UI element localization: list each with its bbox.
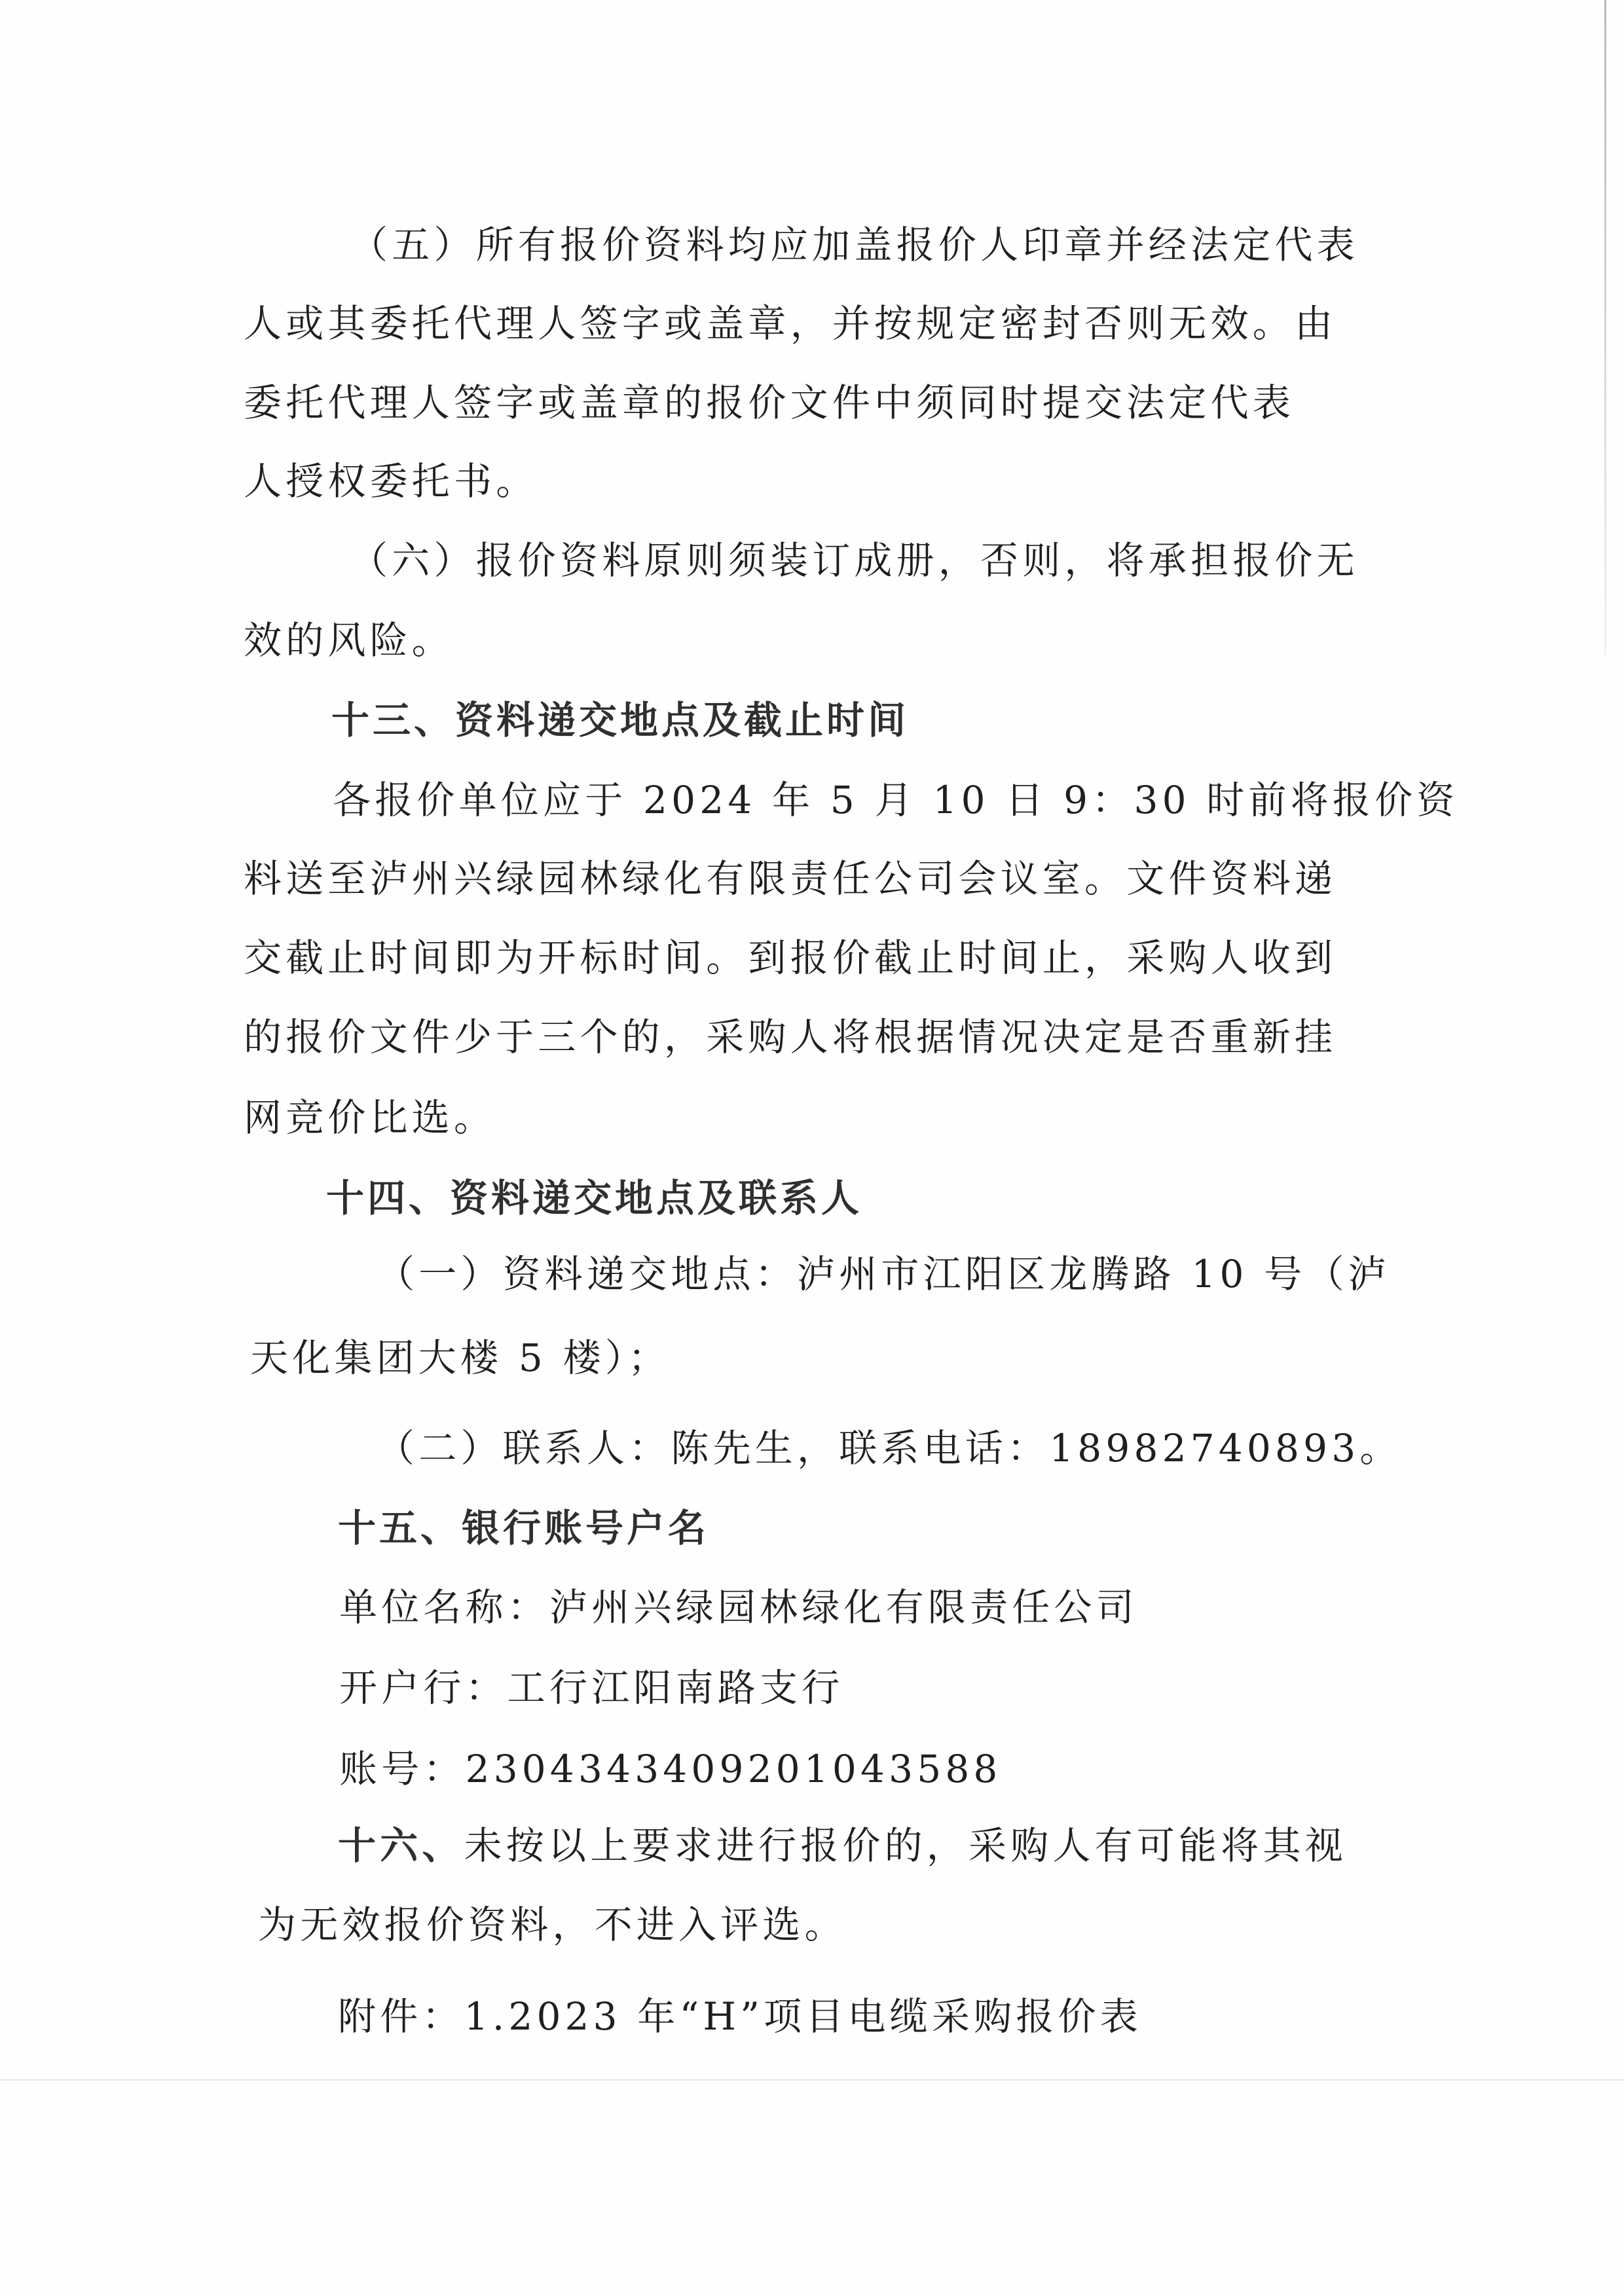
scan-artifact-horizontal-line <box>0 2079 1624 2081</box>
scan-artifact-vertical-line <box>1604 0 1606 655</box>
paragraph-item-6-line-1: （六）报价资料原则须装订成册，否则，将承担报价无 <box>350 534 1359 587</box>
scanned-document-page: （五）所有报价资料均应加盖报价人印章并经法定代表 人或其委托代理人签字或盖章，并… <box>0 0 1624 2296</box>
bank-account-number-line: 账号：2304343409201043588 <box>339 1743 1002 1795</box>
bank-account-name-line: 单位名称：泸州兴绿园林绿化有限责任公司 <box>339 1581 1138 1633</box>
section-13-heading: 十三、资料递交地点及截止时间 <box>331 694 909 746</box>
section-13-line-2: 料送至泸州兴绿园林绿化有限责任公司会议室。文件资料递 <box>244 852 1337 905</box>
paragraph-item-5-line-4: 人授权委托书。 <box>244 455 538 507</box>
section-13-line-1: 各报价单位应于 2024 年 5 月 10 日 9：30 时前将报价资 <box>333 774 1459 826</box>
section-16-line-1: 十六、未按以上要求进行报价的，采购人有可能将其视 <box>338 1819 1347 1872</box>
paragraph-item-5-line-3: 委托代理人签字或盖章的报价文件中须同时提交法定代表 <box>244 376 1295 429</box>
paragraph-item-5-line-1: （五）所有报价资料均应加盖报价人印章并经法定代表 <box>350 219 1359 271</box>
section-16-line-2: 为无效报价资料，不进入评选。 <box>258 1899 847 1951</box>
section-13-line-4: 的报价文件少于三个的，采购人将根据情况决定是否重新挂 <box>244 1011 1337 1063</box>
paragraph-item-5-line-2: 人或其委托代理人签字或盖章，并按规定密封否则无效。由 <box>244 297 1337 350</box>
attachment-line: 附件：1.2023 年“H”项目电缆采购报价表 <box>338 1990 1142 2043</box>
section-14-address-line-1: （一）资料递交地点：泸州市江阳区龙腾路 10 号（泸 <box>377 1248 1390 1300</box>
section-15-heading: 十五、银行账号户名 <box>338 1502 709 1554</box>
section-13-line-5: 网竞价比选。 <box>244 1091 496 1144</box>
section-14-contact-line: （二）联系人：陈先生，联系电话：18982740893。 <box>377 1422 1402 1474</box>
section-13-line-3: 交截止时间即为开标时间。到报价截止时间止，采购人收到 <box>244 932 1337 984</box>
section-14-heading: 十四、资料递交地点及联系人 <box>326 1172 862 1224</box>
paragraph-item-6-line-2: 效的风险。 <box>244 614 454 666</box>
section-16-heading: 十六、 <box>338 1823 464 1868</box>
section-16-line-1-text: 未按以上要求进行报价的，采购人有可能将其视 <box>464 1823 1347 1868</box>
bank-branch-line: 开户行：工行江阳南路支行 <box>339 1662 843 1714</box>
section-14-address-line-2: 天化集团大楼 5 楼）； <box>250 1332 670 1384</box>
